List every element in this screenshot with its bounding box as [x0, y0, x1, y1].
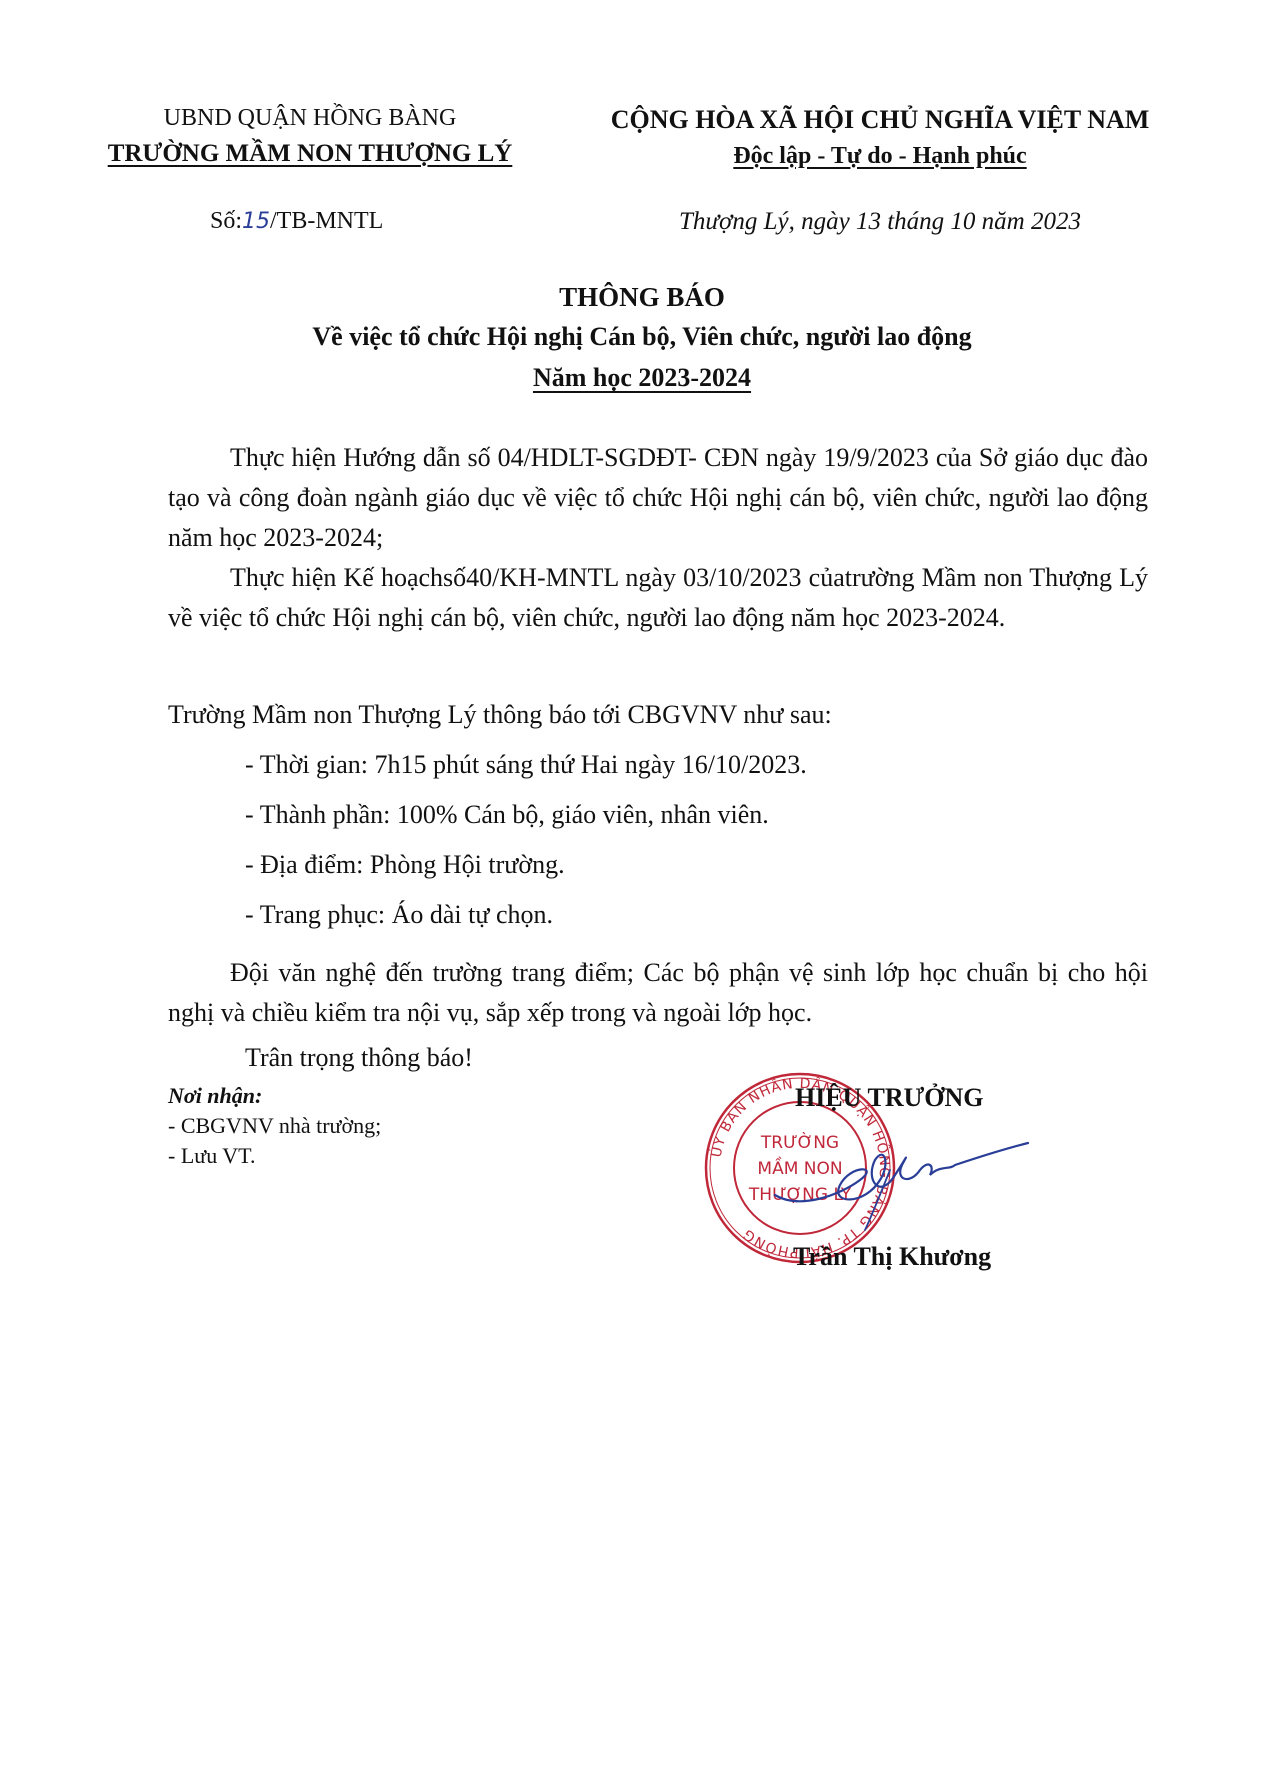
document-number: Số:15/TB-MNTL [210, 208, 383, 235]
detail-time: - Thời gian: 7h15 phút sáng thứ Hai ngày… [245, 750, 807, 780]
recipient-item: - CBGVNV nhà trường; [168, 1113, 381, 1139]
announcement-intro: Trường Mầm non Thượng Lý thông báo tới C… [168, 700, 832, 730]
handwritten-number: 15 [242, 209, 270, 234]
detail-location: - Địa điểm: Phòng Hội trường. [245, 850, 565, 880]
place-date: Thượng Lý, ngày 13 tháng 10 năm 2023 [580, 208, 1180, 236]
document-title: THÔNG BÁO [0, 282, 1284, 313]
signer-title: HIỆU TRƯỞNG [795, 1083, 984, 1113]
handwritten-signature-icon [770, 1125, 1030, 1235]
recipients-label: Nơi nhận: [168, 1083, 262, 1109]
detail-participants: - Thành phần: 100% Cán bộ, giáo viên, nh… [245, 800, 769, 830]
detail-dress-code: - Trang phục: Áo dài tự chọn. [245, 900, 553, 930]
school-name: TRƯỜNG MẦM NON THƯỢNG LÝ [80, 140, 540, 168]
document-subject: Về việc tổ chức Hội nghị Cán bộ, Viên ch… [0, 322, 1284, 352]
signer-name: Trần Thị Khương [793, 1242, 991, 1272]
national-title: CỘNG HÒA XÃ HỘI CHỦ NGHĨA VIỆT NAM [580, 105, 1180, 135]
document-year: Năm học 2023-2024 [0, 363, 1284, 393]
issuing-authority: UBND QUẬN HỒNG BÀNG [90, 105, 530, 132]
paragraph-preparation: Đội văn nghệ đến trường trang điểm; Các … [168, 953, 1148, 1033]
national-motto: Độc lập - Tự do - Hạnh phúc [580, 143, 1180, 170]
closing-line: Trân trọng thông báo! [245, 1043, 473, 1073]
recipient-item: - Lưu VT. [168, 1143, 255, 1169]
paragraph-guidance: Thực hiện Hướng dẫn số 04/HDLT-SGDĐT- CĐ… [168, 438, 1148, 558]
paragraph-plan: Thực hiện Kế hoạchsố40/KH-MNTL ngày 03/1… [168, 558, 1148, 638]
